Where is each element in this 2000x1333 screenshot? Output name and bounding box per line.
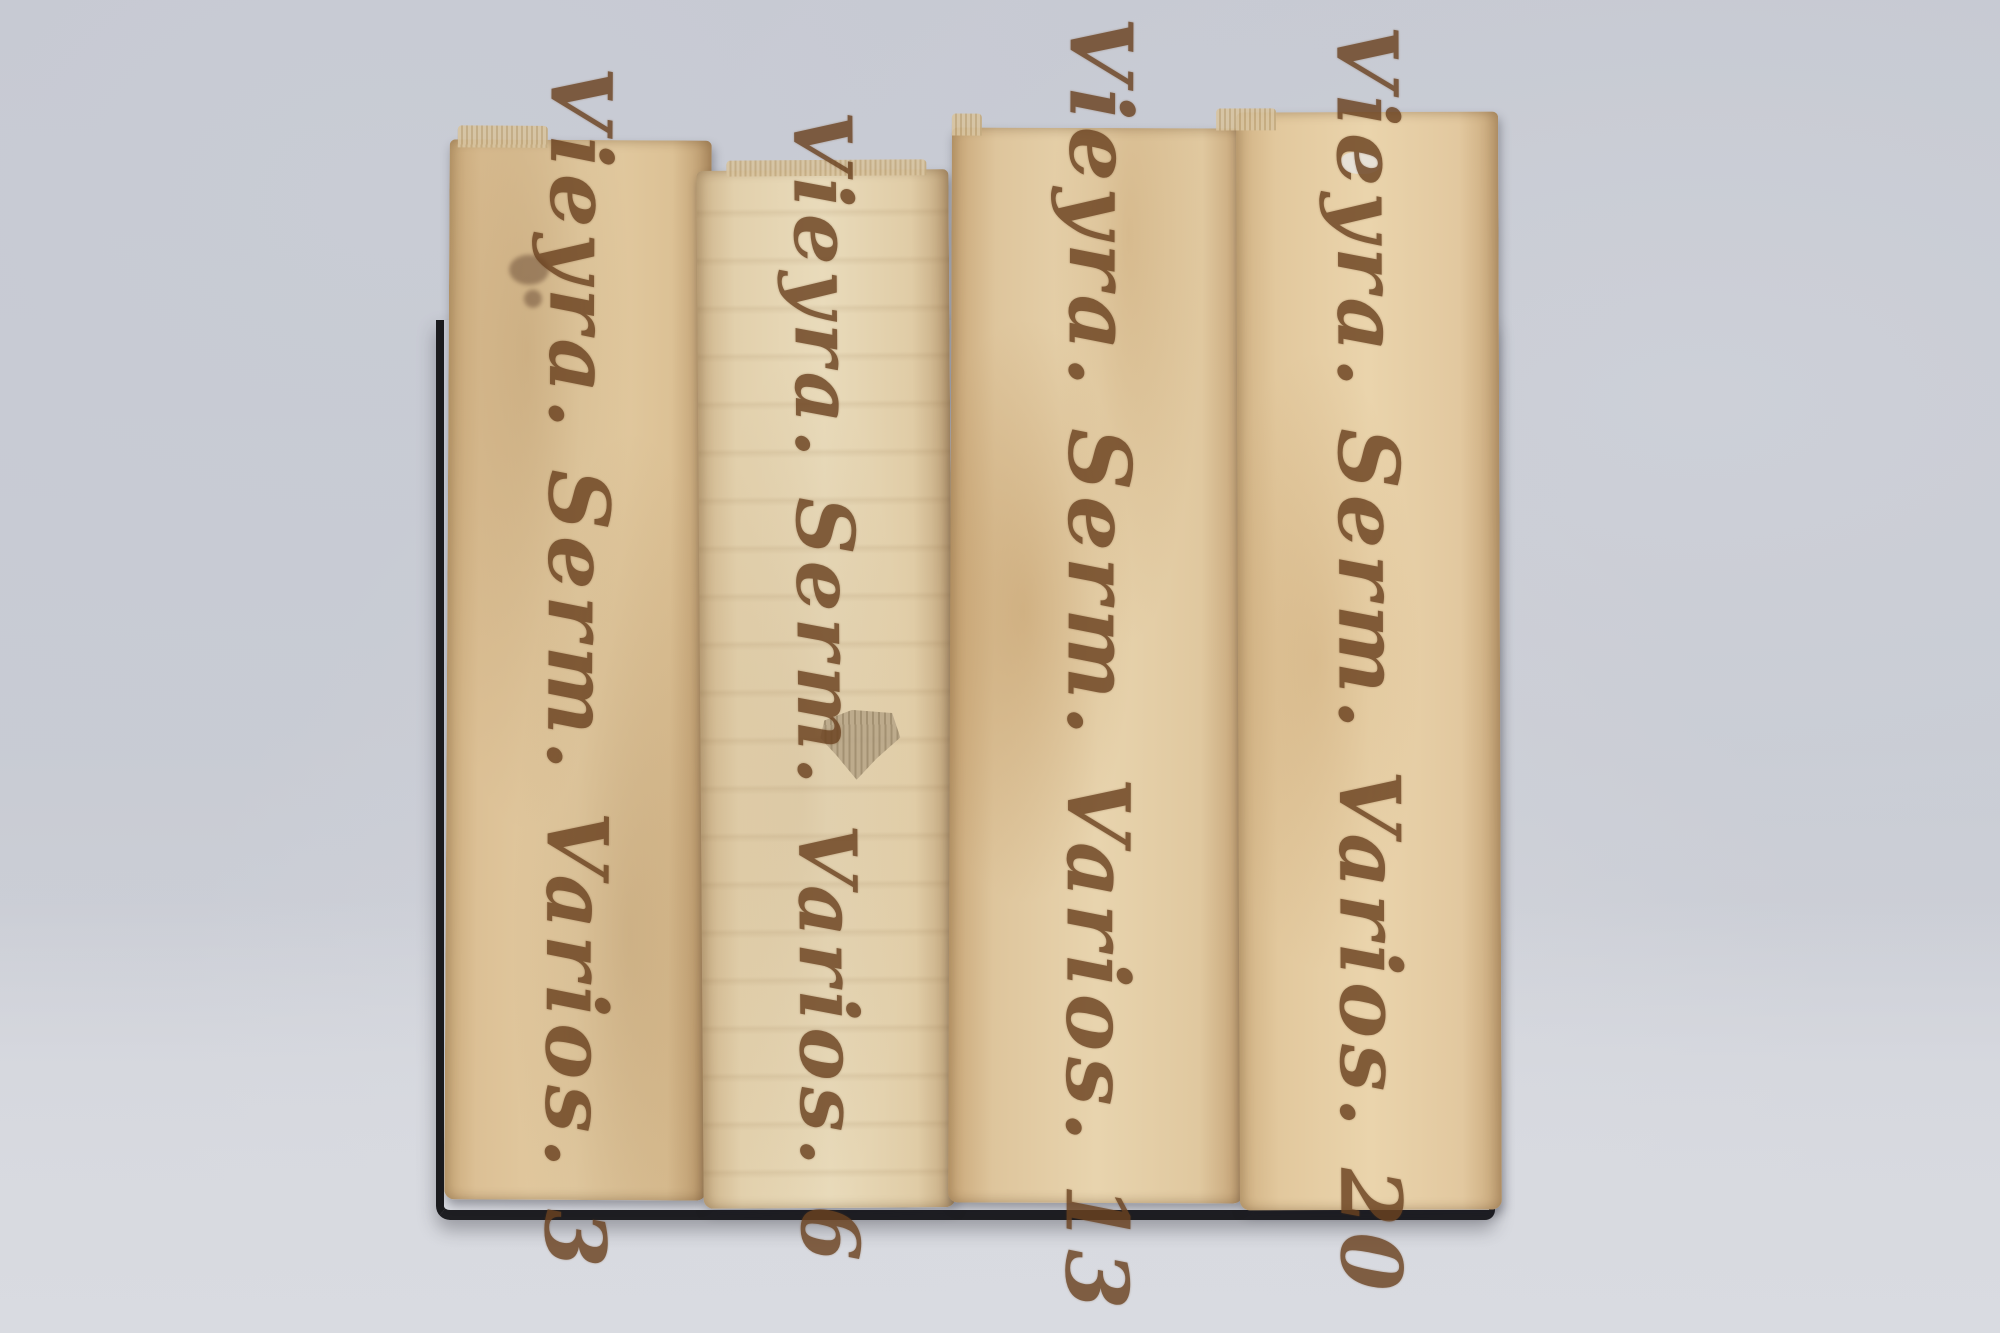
page-edge — [1216, 108, 1276, 130]
book-volume-6: Vieyra. Serm. Varios. 6 — [696, 169, 955, 1209]
book-volume-3: Vieyra. Serm. Varios. 3 — [444, 139, 712, 1200]
spine-title: Vieyra. Serm. Varios. 6 — [775, 111, 877, 1268]
spine-title: Vieyra. Serm. Varios. 3 — [525, 66, 630, 1274]
book-volume-20: Vieyra. Serm. Varios. 20 — [1236, 112, 1502, 1211]
spine-title: Vieyra. Serm. Varios. 13 — [1045, 16, 1151, 1315]
spine-title: Vieyra. Serm. Varios. 20 — [1317, 25, 1420, 1297]
book-volume-13: Vieyra. Serm. Varios. 13 — [948, 127, 1247, 1203]
page-edge — [952, 113, 982, 135]
